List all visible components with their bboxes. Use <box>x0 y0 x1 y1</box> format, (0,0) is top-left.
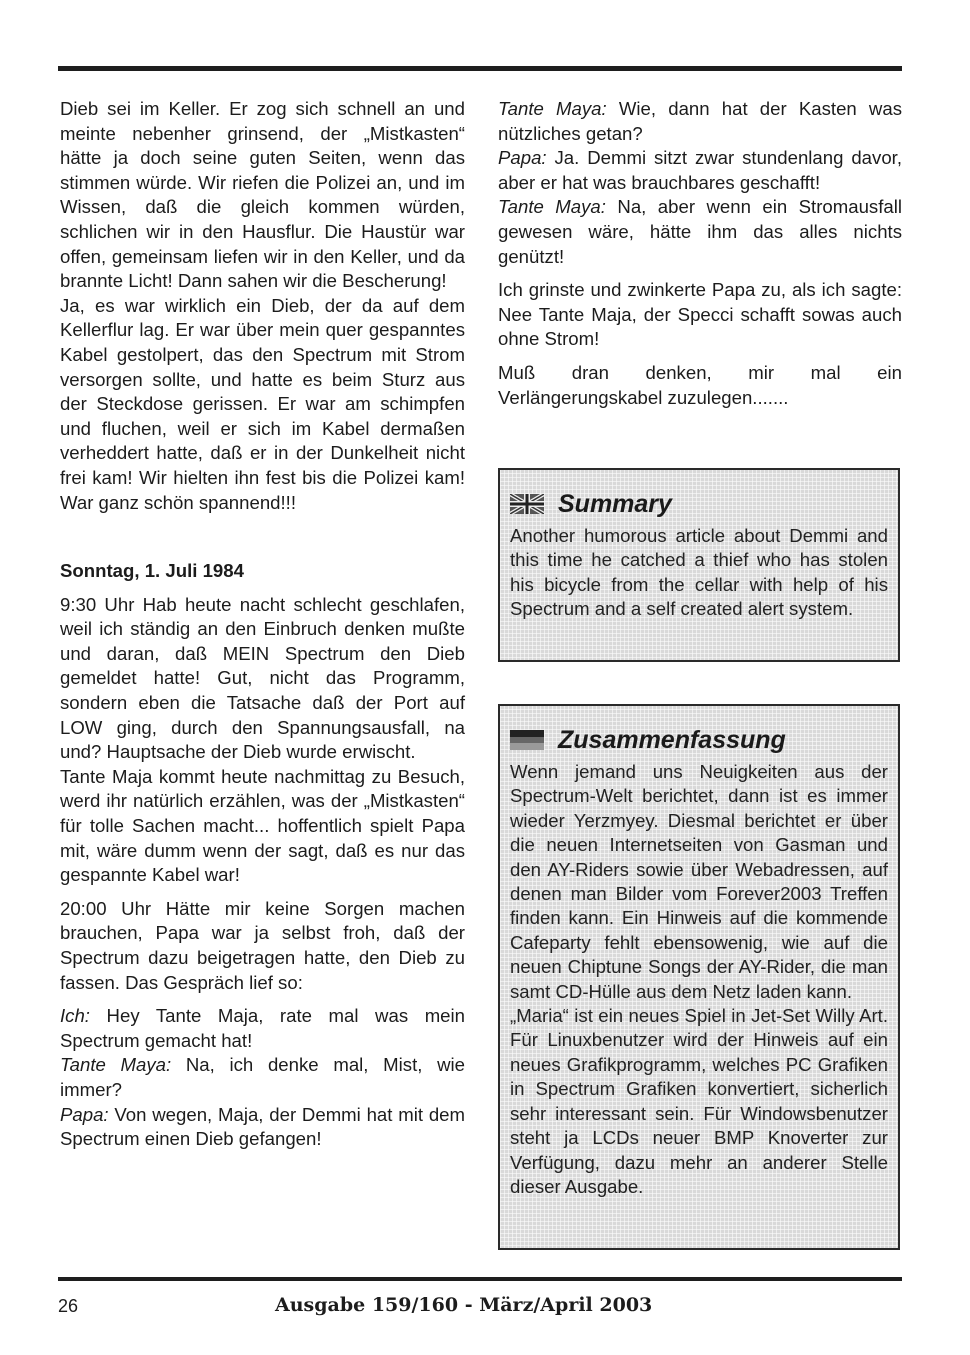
speaker-label: Ich: <box>60 1005 90 1026</box>
dialogue-text: Von wegen, Maja, der Demmi hat mit dem S… <box>60 1104 465 1150</box>
issue-label: Ausgabe 159/160 - März/April 2003 <box>275 1294 652 1316</box>
summary-body: Another humorous article about Demmi and… <box>510 524 888 622</box>
bottom-rule <box>58 1277 902 1281</box>
left-column: Dieb sei im Keller. Er zog sich schnell … <box>60 97 465 1152</box>
paragraph: Dieb sei im Keller. Er zog sich schnell … <box>60 97 465 294</box>
paragraph: 20:00 Uhr Hätte mir keine Sorgen machen … <box>60 897 465 995</box>
speaker-label: Papa: <box>60 1104 109 1125</box>
uk-flag-icon <box>510 494 544 514</box>
dialogue-text: Ja. Demmi sitzt zwar stundenlang davor, … <box>498 147 902 193</box>
summary-title-row: Summary <box>510 488 888 520</box>
summary-title: Summary <box>558 488 672 520</box>
paragraph: Muß dran denken, mir mal ein Verlängerun… <box>498 361 902 410</box>
dialogue-line: Tante Maya: Wie, dann hat der Kasten was… <box>498 97 902 146</box>
dialogue-line: Papa: Ja. Demmi sitzt zwar stundenlang d… <box>498 146 902 195</box>
paragraph: 9:30 Uhr Hab heute nacht schlecht geschl… <box>60 593 465 765</box>
dialogue-line: Ich: Hey Tante Maja, rate mal was mein S… <box>60 1004 465 1053</box>
paragraph: Ich grinste und zwinkerte Papa zu, als i… <box>498 278 902 352</box>
summary-box: Summary Another humorous article about D… <box>498 468 900 662</box>
speaker-label: Tante Maya: <box>60 1054 171 1075</box>
page-number: 26 <box>58 1296 78 1317</box>
zusammenfassung-box: Zusammenfassung Wenn jemand uns Neuigkei… <box>498 704 900 1250</box>
zusammenfassung-title-row: Zusammenfassung <box>510 724 888 756</box>
zusammenfassung-title: Zusammenfassung <box>558 724 786 756</box>
speaker-label: Tante Maya: <box>498 98 607 119</box>
german-flag-icon <box>510 730 544 750</box>
dialogue-line: Tante Maya: Na, aber wenn ein Stromausfa… <box>498 195 902 269</box>
speaker-label: Tante Maya: <box>498 196 606 217</box>
zusammenfassung-body-2: „Maria“ ist ein neues Spiel in Jet-Set W… <box>510 1004 888 1199</box>
top-rule <box>58 66 902 71</box>
paragraph: Ja, es war wirklich ein Dieb, der da auf… <box>60 294 465 515</box>
dialogue-line: Tante Maya: Na, ich denke mal, Mist, wie… <box>60 1053 465 1102</box>
paragraph: Tante Maja kommt heute nachmittag zu Bes… <box>60 765 465 888</box>
zusammenfassung-body-1: Wenn jemand uns Neuigkeiten aus der Spec… <box>510 760 888 1004</box>
right-column: Tante Maya: Wie, dann hat der Kasten was… <box>498 97 902 410</box>
dialogue-text: Hey Tante Maja, rate mal was mein Spectr… <box>60 1005 465 1051</box>
speaker-label: Papa: <box>498 147 547 168</box>
dialogue-line: Papa: Von wegen, Maja, der Demmi hat mit… <box>60 1103 465 1152</box>
date-heading: Sonntag, 1. Juli 1984 <box>60 559 465 584</box>
